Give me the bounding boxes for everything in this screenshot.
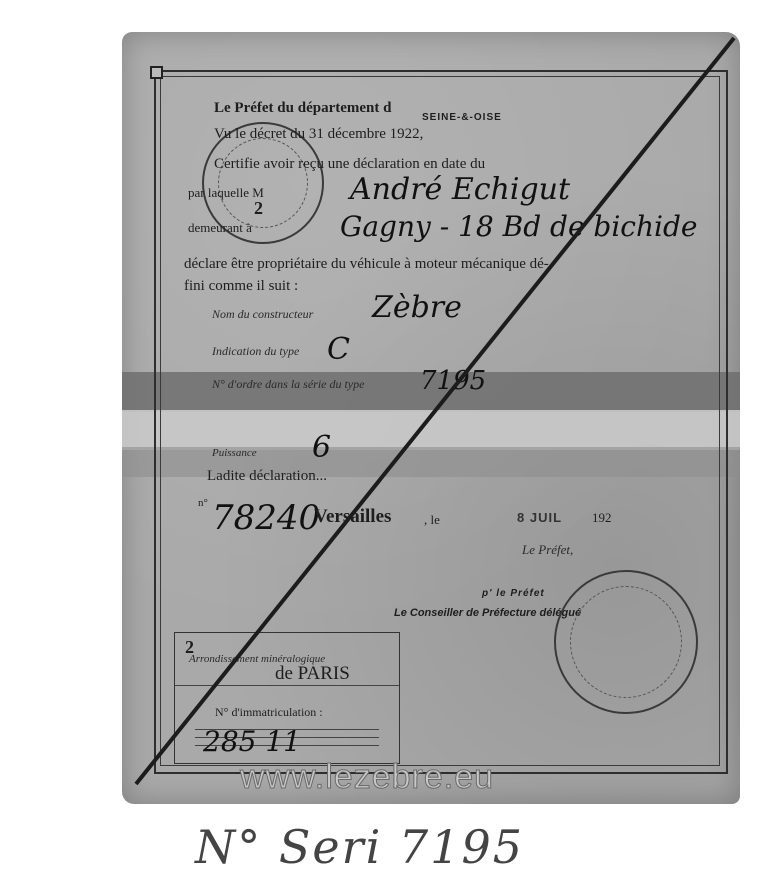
- document-card: 2 Le Préfet du département d SEINE-&-OIS…: [122, 32, 740, 804]
- type-label: Indication du type: [212, 344, 299, 359]
- place: Versailles: [314, 506, 391, 528]
- type-value: C: [327, 332, 350, 367]
- constructor-label: Nom du constructeur: [212, 307, 313, 322]
- seal-right: [554, 570, 698, 714]
- address-label: demeurant à: [188, 220, 252, 236]
- serial-label: N° d'ordre dans la série du type: [212, 377, 364, 392]
- declaration-line: déclare être propriétaire du véhicule à …: [184, 256, 549, 273]
- seal-right-inner: [570, 586, 682, 698]
- receipt-number: 78240: [212, 498, 320, 538]
- corner-ornament-icon: [150, 66, 163, 79]
- box-divider: [175, 685, 399, 686]
- constructor-value: Zèbre: [372, 290, 462, 325]
- defined-line: fini comme il suit :: [184, 278, 298, 295]
- owner-label: par laquelle M: [188, 185, 264, 201]
- registration-box: 2 Arrondissement minéralogique de PARIS …: [174, 632, 400, 764]
- decree-line: Vu le décret du 31 décembre 1922,: [214, 126, 423, 143]
- year-prefix: 192: [592, 510, 612, 526]
- watermark: www.lezebre.eu: [240, 758, 494, 797]
- power-value: 6: [312, 430, 331, 465]
- seal-left-inner: [218, 138, 308, 228]
- owner-name: André Echigut: [350, 172, 570, 207]
- serial-value: 7195: [420, 366, 486, 396]
- bottom-note: N° Seri 7195: [195, 820, 524, 874]
- seal-left-number: 2: [254, 198, 263, 219]
- power-label: Puissance: [212, 447, 257, 459]
- box-city: de PARIS: [275, 663, 350, 685]
- date-prefix: , le: [424, 512, 440, 528]
- prefet-line: Le Préfet du département d: [214, 100, 391, 117]
- date-stamp: 8 JUIL: [517, 510, 562, 525]
- stamp-line-1: p' le Préfet: [482, 588, 545, 599]
- address: Gagny - 18 Bd de bichide: [340, 210, 697, 243]
- department-stamp: SEINE-&-OISE: [422, 112, 502, 123]
- signature-title: Le Préfet,: [522, 542, 573, 558]
- registration-number: 285 11: [203, 725, 301, 758]
- ladite-line: Ladite déclaration...: [207, 468, 327, 485]
- box-field-label: N° d'immatriculation :: [215, 705, 323, 720]
- stamp-line-2: Le Conseiller de Préfecture délégué: [394, 607, 581, 619]
- number-prefix: n°: [198, 497, 208, 509]
- certify-line: Certifie avoir reçu une déclaration en d…: [214, 156, 485, 173]
